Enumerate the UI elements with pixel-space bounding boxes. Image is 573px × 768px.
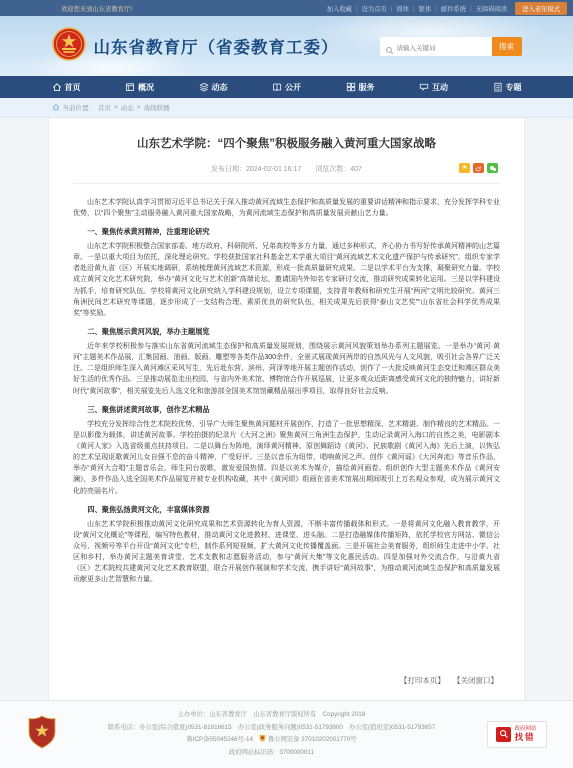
breadcrumb-bar: 当前位置： 首页 > 动态 > 战线联播 [0, 98, 573, 118]
search-button[interactable]: 搜索 [492, 37, 522, 56]
national-emblem-icon [52, 27, 86, 66]
top-link-traditional[interactable]: 繁体 [419, 4, 432, 13]
nav-label: 动态 [212, 82, 228, 93]
breadcrumb-item-news[interactable]: 动态 [121, 103, 134, 112]
close-window-button[interactable]: 【关闭窗口】 [453, 676, 498, 685]
site-title: 山东省教育厅（省委教育工委） [94, 34, 339, 58]
masthead: 山东省教育厅（省委教育工委） 搜索 [0, 16, 573, 76]
nav-label: 专题 [506, 82, 522, 93]
top-link-simplified[interactable]: 简体 [396, 4, 409, 13]
divider: | [356, 5, 358, 12]
nav-item-topics[interactable]: 专题 [493, 82, 522, 93]
section-heading-1: 一、聚焦传承黄河精神，注重理论研究 [73, 226, 500, 237]
elder-mode-button[interactable]: 进入老年模式 [515, 2, 567, 15]
police-badge-icon [259, 734, 266, 747]
top-link-mail[interactable]: 邮件系统 [441, 4, 466, 13]
top-utility-bar: 欢迎您来到山东省教育厅! 加入收藏 | 设为首页 | 简体 | 繁体 | 邮件系… [0, 0, 573, 16]
publish-date-label: 发布日期： [211, 166, 246, 173]
breadcrumb-prefix: 当前位置： [63, 103, 96, 112]
site-brand[interactable]: 山东省教育厅（省委教育工委） [52, 27, 339, 66]
article-body: 山东艺术学院认真学习贯彻习近平总书记关于深入推动黄河流域生态保护和高质量发展的重… [73, 192, 500, 669]
article-title: 山东艺术学院：“四个聚焦”积极服务融入黄河重大国家战略 [73, 136, 500, 152]
article-card: 山东艺术学院：“四个聚焦”积极服务融入黄河重大国家战略 发布日期：2024-02… [48, 118, 525, 700]
breadcrumb-separator: > [137, 104, 141, 111]
breadcrumb-item-current: 战线联播 [144, 103, 170, 112]
nav-item-overview[interactable]: 概况 [125, 82, 154, 93]
top-link-accessibility[interactable]: 无障碍阅读 [476, 4, 507, 13]
views-count: 407 [350, 166, 362, 173]
breadcrumb-separator: > [114, 104, 118, 111]
main-content: 山东艺术学院：“四个聚焦”积极服务融入黄河重大国家战略 发布日期：2024-02… [0, 118, 573, 700]
article-meta: 发布日期：2024-02-01 16:17 浏览次数：407 ★ [73, 164, 500, 184]
nav-item-disclosure[interactable]: 公开 [272, 82, 301, 93]
top-link-favorite[interactable]: 加入收藏 [327, 4, 352, 13]
footer-host-line: 主办单位：山东省教育厅 山东省教育厅版权所有 Copyright 2018 [57, 709, 487, 721]
services-icon [346, 82, 356, 92]
nav-label: 概况 [138, 82, 154, 93]
nav-item-interaction[interactable]: 互动 [419, 82, 448, 93]
party-emblem-icon [27, 715, 57, 754]
disclosure-icon [272, 82, 282, 92]
gov-error-report-badge[interactable]: 政府网站 找错 [487, 721, 547, 747]
article-paragraph: 山东艺术学院积极推动黄河文化研究成果和艺术资源转化为育人资源，不断丰富传播载体和… [73, 519, 500, 585]
top-links: 加入收藏 | 设为首页 | 简体 | 繁体 | 邮件系统 | 无障碍阅读 进入老… [327, 2, 567, 15]
search-input[interactable] [380, 39, 492, 58]
news-icon [199, 82, 209, 92]
police-filing[interactable]: 鲁公网安备 37010202001770号 [268, 736, 357, 743]
breadcrumb-item-home[interactable]: 首页 [98, 103, 111, 112]
divider: | [435, 5, 437, 12]
nav-label: 服务 [359, 82, 375, 93]
nav-label: 首页 [65, 82, 81, 93]
nav-item-news[interactable]: 动态 [199, 82, 228, 93]
views-label: 浏览次数： [315, 166, 350, 173]
error-report-magnifier-icon [496, 727, 511, 742]
nav-item-services[interactable]: 服务 [346, 82, 375, 93]
topics-icon [493, 82, 503, 92]
divider: | [391, 5, 393, 12]
article-paragraph: 山东艺术学院积极整合国家部委、地方政府、科研院所、兄弟高校等多方力量，通过多种形… [73, 241, 500, 318]
section-heading-2: 二、聚焦展示黄河风貌，举办主题展览 [73, 326, 500, 337]
overview-icon [125, 82, 135, 92]
divider: | [413, 5, 415, 12]
page: 欢迎您来到山东省教育厅! 加入收藏 | 设为首页 | 简体 | 繁体 | 邮件系… [0, 0, 573, 768]
article-actions: 【打印本页】 【关闭窗口】 [73, 669, 500, 688]
welcome-text: 欢迎您来到山东省教育厅! [61, 4, 132, 13]
article-paragraph: 学校充分发挥综合性艺术院校优势，引导广大师生聚焦黄河题材开展创作，打造了一批思想… [73, 419, 500, 496]
nav-label: 公开 [285, 82, 301, 93]
main-nav: 首页 概况 动态 公开 服务 互动 [0, 76, 573, 98]
breadcrumb-home-icon [52, 103, 60, 113]
footer-site-code: 政府网站标识码：3700000011 [57, 747, 487, 759]
site-search: 搜索 [380, 37, 522, 56]
icp-filing: 鲁ICP备05045248号-14 [186, 736, 253, 743]
section-heading-3: 三、聚焦讲述黄河故事，创作艺术精品 [73, 404, 500, 415]
nav-item-home[interactable]: 首页 [52, 82, 81, 93]
footer-contact-line: 联系电话：办公室(综合值班)0531-81916615 办公室(政务服务问题)0… [57, 722, 487, 734]
section-heading-4: 四、聚焦弘扬黄河文化，丰富媒体资源 [73, 504, 500, 515]
share-bar: ★ [459, 163, 498, 173]
search-icon [385, 42, 394, 60]
nav-label: 互动 [432, 82, 448, 93]
weibo-icon[interactable] [473, 163, 484, 173]
badge-line2: 找错 [514, 733, 536, 743]
print-page-button[interactable]: 【打印本页】 [400, 676, 445, 685]
publish-date: 2024-02-01 16:17 [246, 166, 301, 173]
footer: 主办单位：山东省教育厅 山东省教育厅版权所有 Copyright 2018 联系… [0, 700, 573, 768]
divider: | [470, 5, 472, 12]
wechat-icon[interactable] [487, 163, 498, 173]
top-link-homepage[interactable]: 设为首页 [362, 4, 387, 13]
favorite-icon[interactable]: ★ [459, 163, 470, 173]
interaction-icon [419, 82, 429, 92]
footer-text: 主办单位：山东省教育厅 山东省教育厅版权所有 Copyright 2018 联系… [57, 709, 487, 759]
footer-filing-line: 鲁ICP备05045248号-14鲁公网安备 37010202001770号 [57, 734, 487, 747]
article-paragraph: 近年来学校积极参与落实山东省黄河流域生态保护和高质量发展规划，围绕展示黄河风貌策… [73, 341, 500, 396]
article-paragraph: 山东艺术学院认真学习贯彻习近平总书记关于深入推动黄河流域生态保护和高质量发展的重… [73, 197, 500, 219]
breadcrumb: 当前位置： 首页 > 动态 > 战线联播 [52, 103, 522, 113]
home-icon [52, 82, 62, 92]
